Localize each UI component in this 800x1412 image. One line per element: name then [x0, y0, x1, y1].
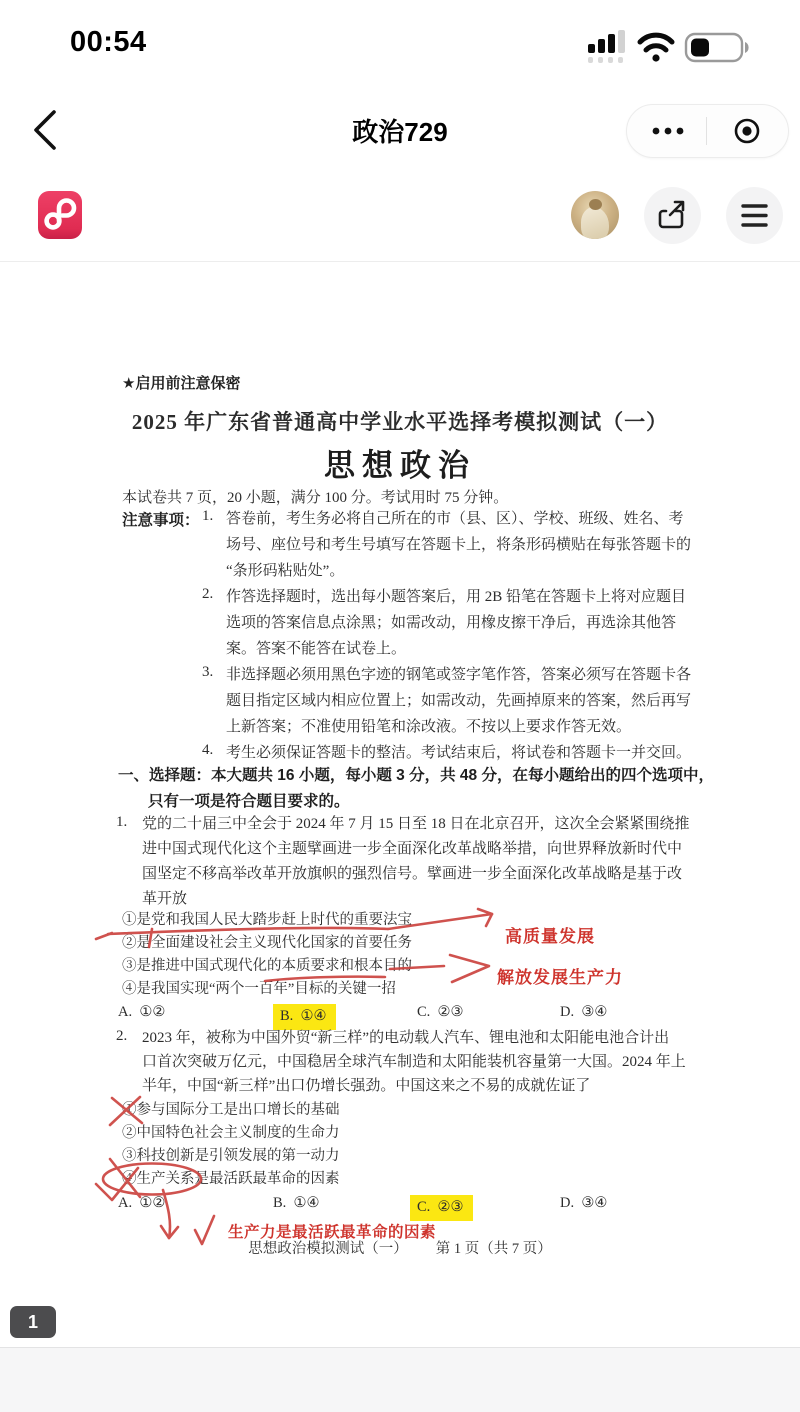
battery-icon: [686, 34, 749, 61]
avatar-image: [581, 207, 609, 239]
content-divider: [0, 261, 800, 262]
question-options: ①参与国际分工是出口增长的基础 ②中国特色社会主义制度的生命力 ③科技创新是引领…: [122, 1099, 340, 1191]
secrecy-notice: ★启用前注意保密: [122, 372, 240, 393]
page-number-badge: 1: [10, 1306, 56, 1338]
miniprogram-capsule: [626, 104, 789, 158]
notice-number: 2.: [202, 586, 213, 603]
user-avatar[interactable]: [571, 191, 619, 239]
notices-label: 注意事项：: [122, 508, 200, 530]
exam-title: 2025 年广东省普通高中学业水平选择考模拟测试（一）: [100, 406, 700, 436]
question-number: 2.: [116, 1028, 127, 1045]
notice-number: 1.: [202, 508, 213, 525]
exam-summary: 本试卷共 7 页，20 小题，满分 100 分。考试用时 75 分钟。: [122, 486, 508, 507]
bottom-bar: [0, 1347, 800, 1412]
more-dots-icon[interactable]: [653, 128, 684, 135]
wifi-icon: [640, 35, 672, 62]
highlighted-answer: C. ②③: [410, 1195, 473, 1221]
cellular-signal-icon: [588, 30, 625, 63]
subject-title: 思想政治: [100, 440, 700, 485]
capsule-divider: [706, 117, 707, 145]
notice-number: 3.: [202, 664, 213, 681]
handwritten-annotation: 高质量发展: [505, 922, 595, 947]
share-button[interactable]: [644, 187, 701, 244]
status-time: 00:54: [70, 26, 147, 59]
question-stem: 党的二十届三中全会于 2024 年 7 月 15 日至 18 日在北京召开，这次…: [142, 812, 690, 912]
section-heading: 一、选择题：本大题共 16 小题，每小题 3 分，共 48 分，在每小题给出的四…: [118, 763, 714, 815]
hamburger-menu-icon: [726, 187, 783, 244]
document-footer: 思想政治模拟测试（一） 第 1 页（共 7 页）: [0, 1237, 800, 1258]
target-circle-icon[interactable]: [736, 120, 758, 142]
status-icons: [586, 28, 776, 68]
handwritten-annotation: 解放发展生产力: [497, 963, 623, 988]
question-number: 1.: [116, 814, 127, 831]
share-icon: [644, 187, 701, 244]
question-stem: 2023 年，被称为中国外贸“新三样”的电动载人汽车、锂电池和太阳能电池合计出 …: [142, 1026, 686, 1098]
question-options: ①是党和我国人民大踏步赶上时代的重要法宝 ②是全面建设社会主义现代化国家的首要任…: [122, 909, 412, 1001]
menu-button[interactable]: [726, 187, 783, 244]
notice-number: 4.: [202, 742, 213, 759]
pink-doc-app-icon[interactable]: [38, 191, 82, 239]
